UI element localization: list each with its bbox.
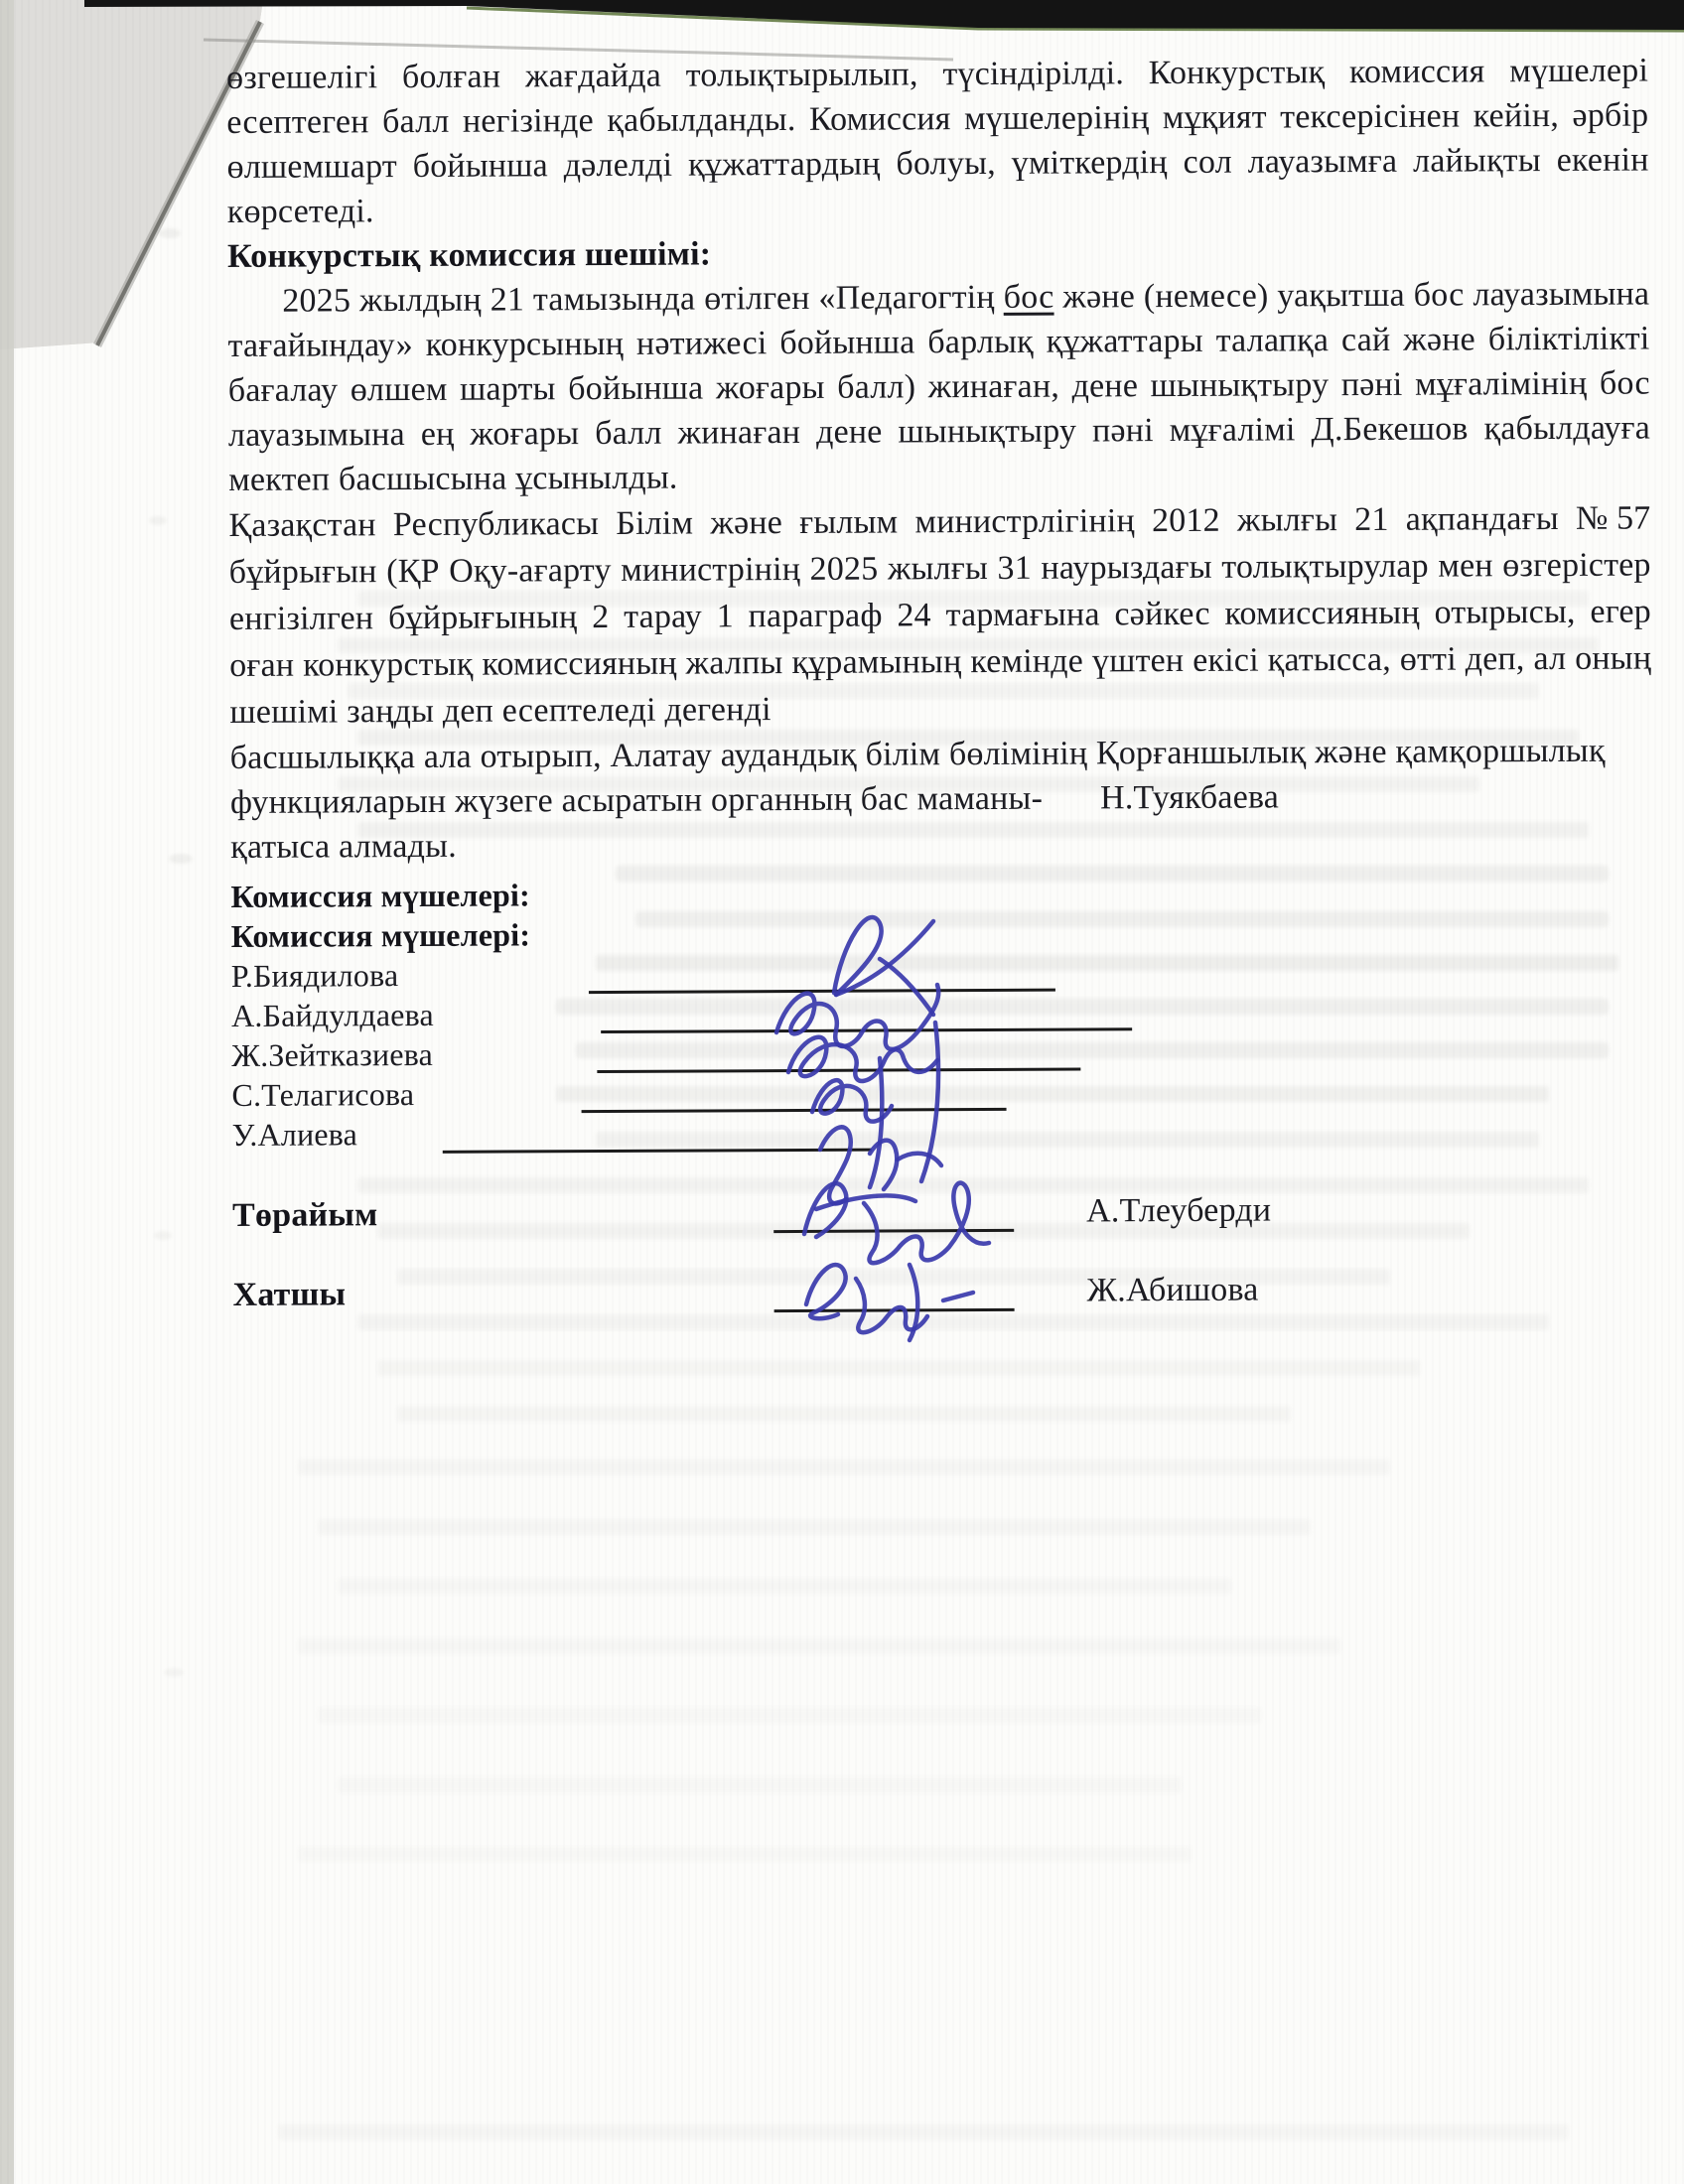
paragraph-order-reference: Қазақстан Республикасы Білім және ғылым … xyxy=(228,494,1651,735)
chair-label: Төрайым xyxy=(232,1192,378,1238)
secretary-row: Хатшы Ж.Абишова xyxy=(232,1251,1654,1337)
paragraph-absent-member: басшылыққа ала отырып, Алатау аудандық б… xyxy=(230,728,1652,824)
secretary-name: Ж.Абишова xyxy=(1086,1268,1258,1313)
commission-members-block: Комиссия мүшелері: Комиссия мүшелері: Р.… xyxy=(230,869,1653,1154)
member-name: С.Телагисова xyxy=(231,1076,414,1113)
underlined-word: бос xyxy=(1004,279,1054,316)
order-reference-text: Қазақстан Республикасы Білім және ғылым … xyxy=(228,499,1651,730)
chair-name: А.Тлеуберди xyxy=(1086,1188,1271,1234)
member-name: А.Байдулдаева xyxy=(231,997,434,1033)
scanned-document-page: { "meta": { "colors": { "paper": "#fcfcf… xyxy=(0,0,1684,2184)
paragraph-intro-text: өзгешелігі болған жағдайда толықтырылып,… xyxy=(226,53,1649,230)
member-name: У.Алиева xyxy=(232,1116,358,1153)
paragraph-absent-tail: қатыса алмады. xyxy=(230,817,1652,869)
signature-line xyxy=(774,1308,1015,1312)
absent-member-text: басшылыққа ала отырып, Алатау аудандық б… xyxy=(230,733,1606,821)
member-row: У.Алиева xyxy=(232,1107,1654,1154)
secretary-label: Хатшы xyxy=(232,1272,346,1317)
decision-text-before: 2025 жылдың 21 тамызында өтілген «Педаго… xyxy=(282,279,1004,320)
absent-member-name: Н.Туякбаева xyxy=(1100,778,1279,816)
document-body: өзгешелігі болған жағдайда толықтырылып,… xyxy=(226,49,1655,1338)
member-name: Ж.Зейтказиева xyxy=(231,1036,433,1073)
paragraph-decision: 2025 жылдың 21 тамызында өтілген «Педаго… xyxy=(227,271,1650,501)
signature-line xyxy=(443,1149,872,1154)
paragraph-intro: өзгешелігі болған жағдайда толықтырылып,… xyxy=(226,49,1649,234)
signature-line xyxy=(773,1229,1014,1233)
decision-heading: Конкурстық комиссия шешімі: xyxy=(227,226,1649,278)
member-name: Р.Биядилова xyxy=(231,957,399,994)
chair-row: Төрайым А.Тлеуберди xyxy=(232,1171,1654,1258)
